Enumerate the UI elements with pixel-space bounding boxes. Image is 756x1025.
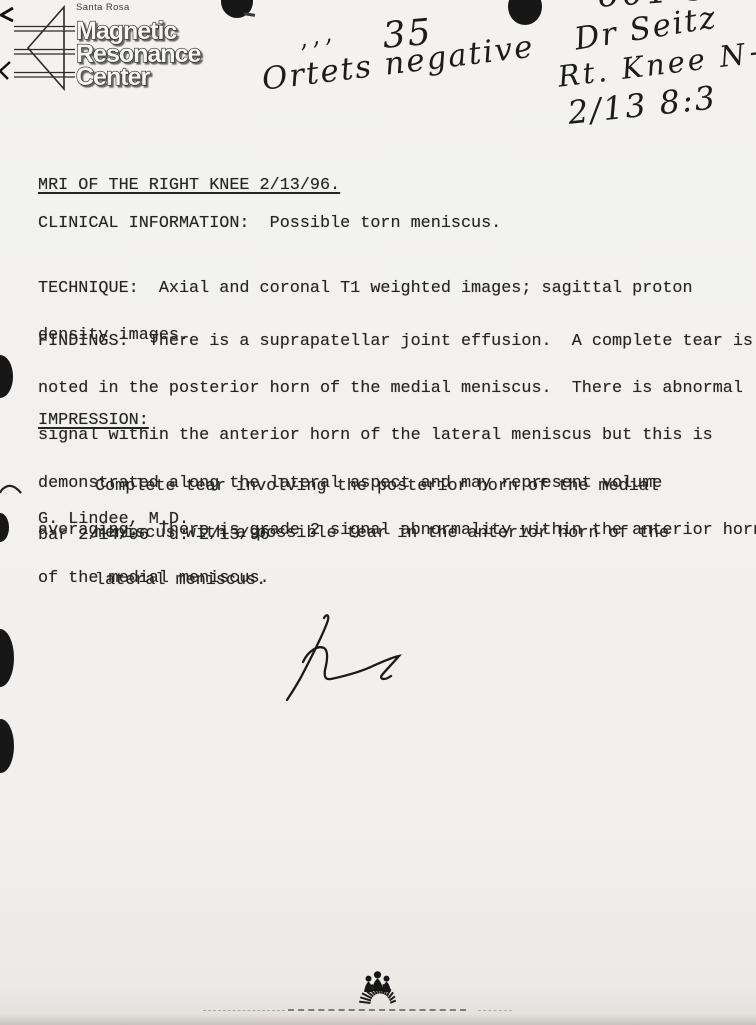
logo-lines bbox=[14, 27, 75, 78]
report-title: MRI OF THE RIGHT KNEE 2/13/96. bbox=[38, 178, 340, 194]
punch-hole-top-center bbox=[508, 0, 542, 25]
impression-line: Complete tear involving the posterior ho… bbox=[95, 479, 669, 495]
technique-line: TECHNIQUE: Axial and coronal T1 weighted… bbox=[38, 281, 693, 297]
clinical-information-line: CLINICAL INFORMATION: Possible torn meni… bbox=[38, 216, 501, 232]
findings-line: FINDINGS: There is a suprapatellar joint… bbox=[38, 334, 756, 350]
punch-hole-left-1 bbox=[0, 355, 13, 398]
perforation-dash-faint-right bbox=[478, 1010, 512, 1011]
scan-dash-artifact bbox=[244, 12, 255, 17]
perforation-dash-main bbox=[288, 1009, 466, 1011]
edge-artifact-chevron-top bbox=[1, 8, 13, 21]
punch-hole-left-4 bbox=[0, 719, 14, 773]
transcription-dates: bar 2/14/96 d: 2/13/96 bbox=[38, 528, 270, 544]
scan-bottom-edge-shadow bbox=[0, 1014, 756, 1025]
scan-flick-artifact bbox=[0, 480, 22, 498]
findings-line: noted in the posterior horn of the media… bbox=[38, 381, 756, 397]
scanned-mri-report-page: Santa Rosa Magnetic Resonance Center 601… bbox=[0, 0, 756, 1025]
people-over-sunburst-icon bbox=[353, 969, 403, 1009]
signature-scribble bbox=[248, 600, 410, 715]
people-silhouettes bbox=[364, 971, 391, 992]
letterhead-word-center: Center bbox=[76, 63, 150, 91]
handwritten-tick-marks: ,,, bbox=[296, 18, 339, 53]
punch-hole-left-2 bbox=[0, 513, 9, 542]
impression-heading: IMPRESSION: bbox=[38, 413, 149, 429]
letterhead-logo: Santa Rosa Magnetic Resonance Center bbox=[0, 0, 236, 102]
edge-artifact-chevron-bottom bbox=[0, 62, 10, 79]
punch-hole-left-3 bbox=[0, 629, 14, 687]
impression-line: lateral meniscus. bbox=[95, 573, 669, 589]
perforation-dash-faint-left bbox=[203, 1010, 285, 1011]
letterhead-location: Santa Rosa bbox=[76, 2, 130, 13]
findings-line: signal within the anterior horn of the l… bbox=[38, 428, 756, 444]
